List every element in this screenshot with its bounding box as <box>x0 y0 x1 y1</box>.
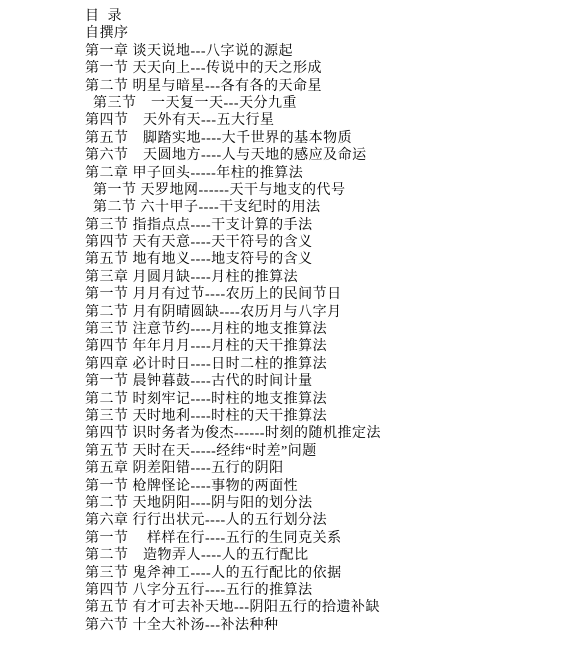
toc-line: 第二节 时刻牢记----时柱的地支推算法 <box>85 391 381 408</box>
toc-line: 第三节 一天复一天---天分九重 <box>85 95 381 112</box>
toc-line: 第二节 造物弄人----人的五行配比 <box>85 547 381 564</box>
toc-line: 第一节 天天向上---传说中的天之形成 <box>85 60 381 77</box>
toc-line: 第六节 十全大补汤---补法种种 <box>85 617 381 634</box>
toc-line: 第二节 月有阴晴圆缺----农历月与八字月 <box>85 304 381 321</box>
toc-line: 第四章 必计时日----日时二柱的推算法 <box>85 356 381 373</box>
toc-line: 第三节 鬼斧神工----人的五行配比的依据 <box>85 565 381 582</box>
toc-line: 第三节 注意节约----月柱的地支推算法 <box>85 321 381 338</box>
toc-line: 自撰序 <box>85 25 381 42</box>
toc-line: 第五节 地有地义----地支符号的含义 <box>85 251 381 268</box>
toc-line: 第四节 识时务者为俊杰------时刻的随机推定法 <box>85 425 381 442</box>
toc-line: 第三节 指指点点----干支计算的手法 <box>85 217 381 234</box>
toc-line: 第一节 月月有过节----农历上的民间节日 <box>85 286 381 303</box>
toc-line: 第四节 年年月月----月柱的天干推算法 <box>85 338 381 355</box>
toc-line: 目 录 <box>85 8 381 25</box>
toc-line: 第一节 天罗地网------天干与地支的代号 <box>85 182 381 199</box>
toc-line: 第五节 脚踏实地----大千世界的基本物质 <box>85 130 381 147</box>
toc-line: 第二章 甲子回头-----年柱的推算法 <box>85 165 381 182</box>
toc-line: 第二节 明星与暗星---各有各的天命星 <box>85 78 381 95</box>
toc-list: 目 录自撰序第一章 谈天说地---八字说的源起第一节 天天向上---传说中的天之… <box>85 8 381 634</box>
toc-line: 第五节 有才可去补天地---阴阳五行的拾遗补缺 <box>85 599 381 616</box>
toc-line: 第六章 行行出状元----人的五行划分法 <box>85 512 381 529</box>
toc-line: 第二节 天地阴阳----阴与阳的划分法 <box>85 495 381 512</box>
toc-line: 第一节 枪牌怪论----事物的两面性 <box>85 478 381 495</box>
toc-line: 第六节 天圆地方----人与天地的感应及命运 <box>85 147 381 164</box>
toc-line: 第二节 六十甲子----干支纪时的用法 <box>85 199 381 216</box>
toc-line: 第四节 天有天意----天干符号的含义 <box>85 234 381 251</box>
toc-line: 第三节 天时地利----时柱的天干推算法 <box>85 408 381 425</box>
toc-line: 第一节 样样在行----五行的生同克关系 <box>85 530 381 547</box>
toc-line: 第三章 月圆月缺----月柱的推算法 <box>85 269 381 286</box>
toc-line: 第五章 阴差阳错----五行的阴阳 <box>85 460 381 477</box>
toc-line: 第四节 八字分五行----五行的推算法 <box>85 582 381 599</box>
document-page: 目 录自撰序第一章 谈天说地---八字说的源起第一节 天天向上---传说中的天之… <box>0 0 588 656</box>
toc-line: 第五节 天时在天-----经纬“时差”问题 <box>85 443 381 460</box>
toc-line: 第一章 谈天说地---八字说的源起 <box>85 43 381 60</box>
toc-line: 第四节 天外有天---五大行星 <box>85 112 381 129</box>
toc-line: 第一节 晨钟暮鼓----古代的时间计量 <box>85 373 381 390</box>
